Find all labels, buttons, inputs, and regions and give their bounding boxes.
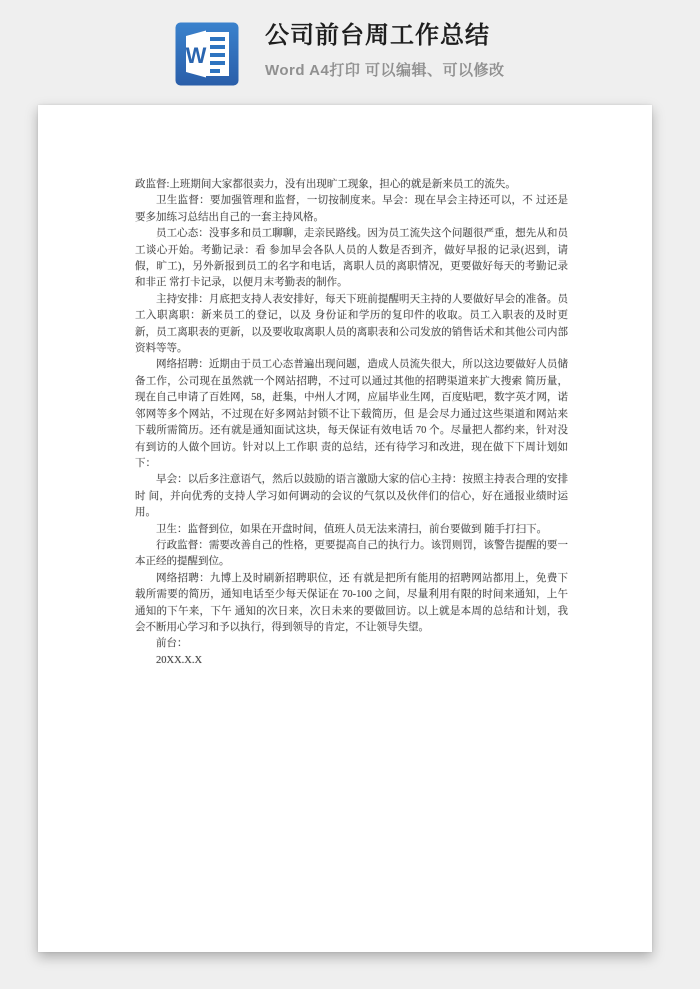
header: W 公司前台周工作总结 Word A4打印 可以编辑、可以修改 <box>0 0 700 105</box>
document-paragraph: 网络招聘：近期由于员工心态普遍出现问题，造成人员流失很大，所以这边要做好人员储备… <box>135 357 568 472</box>
document-paragraph: 网络招聘：九博上及时刷新招聘职位，还 有就是把所有能用的招聘网站都用上，免费下载… <box>135 571 568 637</box>
document-paragraph: 卫生监督：要加强管理和监督，一切按制度来。早会：现在早会主持还可以，不 过还是要… <box>135 193 568 226</box>
page-subtitle: Word A4打印 可以编辑、可以修改 <box>265 59 505 80</box>
document-paragraph: 卫生：监督到位，如果在开盘时间，值班人员无法来清扫，前台要做到 随手打扫下。 <box>135 522 568 538</box>
document-paragraph: 员工心态：没事多和员工聊聊，走亲民路线。因为员工流失这个问题很严重，想先从和员工… <box>135 226 568 292</box>
page-background: W 公司前台周工作总结 Word A4打印 可以编辑、可以修改 政监督:上班期间… <box>0 0 700 989</box>
document-paragraph: 政监督:上班期间大家都很卖力，没有出现旷工现象，担心的就是新来员工的流失。 <box>135 177 568 193</box>
document-body: 政监督:上班期间大家都很卖力，没有出现旷工现象，担心的就是新来员工的流失。卫生监… <box>38 105 652 669</box>
document-paper: 政监督:上班期间大家都很卖力，没有出现旷工现象，担心的就是新来员工的流失。卫生监… <box>38 105 652 952</box>
document-paragraph: 20XX.X.X <box>135 653 568 669</box>
document-paragraph: 行政监督：需要改善自己的性格，更要提高自己的执行力。该罚则罚，该警告提醒的要一本… <box>135 538 568 571</box>
document-paragraph: 前台： <box>135 636 568 652</box>
word-icon: W <box>175 22 239 86</box>
page-title: 公司前台周工作总结 <box>265 22 505 50</box>
word-icon-letter: W <box>186 43 207 68</box>
document-paragraph: 早会：以后多注意语气，然后以鼓励的语言激励大家的信心主持：按照主持表合理的安排时… <box>135 472 568 521</box>
header-text: 公司前台周工作总结 Word A4打印 可以编辑、可以修改 <box>265 22 505 80</box>
document-paragraph: 主持安排：月底把支持人表安排好，每天下班前提醒明天主持的人要做好早会的准备。员工… <box>135 292 568 358</box>
word-icon-graphic: W <box>175 22 239 86</box>
